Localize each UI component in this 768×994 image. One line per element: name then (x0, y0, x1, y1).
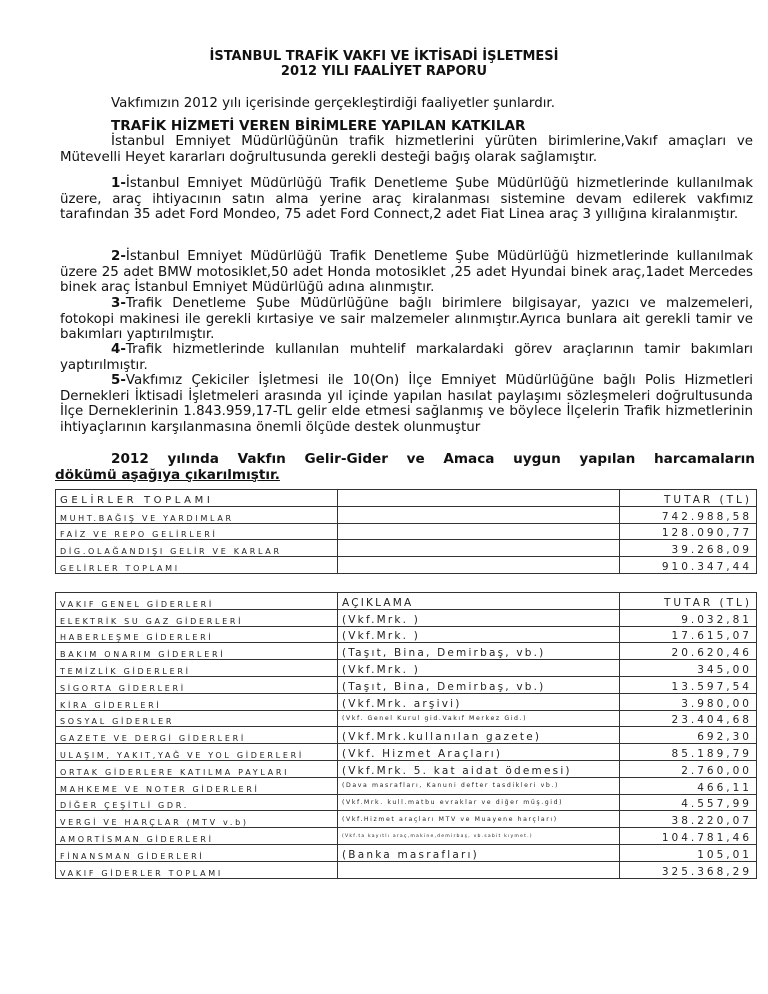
row-label: GELİRLER TOPLAMI (56, 490, 338, 507)
report-subtitle: 2012 YILI FAALİYET RAPORU (0, 64, 768, 79)
table-header-row: GELİRLER TOPLAMITUTAR (TL) (56, 490, 757, 507)
row-amount: 325.368,29 (620, 861, 757, 878)
row-amount: 105,01 (620, 844, 757, 861)
item-text: İstanbul Emniyet Müdürlüğü Trafik Denetl… (60, 176, 753, 222)
row-description (338, 540, 620, 557)
row-label: DİG.OLAĞANDIŞI GELİR VE KARLAR (56, 540, 338, 557)
row-amount: 39.268,09 (620, 540, 757, 557)
expense-table: VAKIF GENEL GİDERLERİAÇIKLAMATUTAR (TL)E… (55, 592, 757, 879)
row-amount: 23.404,68 (620, 710, 757, 727)
row-description: (Vkf.ta kayıtlı araç,makine,demirbaş, vb… (338, 828, 620, 845)
row-amount: 2.760,00 (620, 760, 757, 777)
row-label: ORTAK GİDERLERE KATILMA PAYLARI (56, 760, 338, 777)
table-row: FİNANSMAN GİDERLERİ(Banka masrafları)105… (56, 844, 757, 861)
row-amount: 692,30 (620, 727, 757, 744)
report-page: İSTANBUL TRAFİK VAKFI VE İKTİSADİ İŞLETM… (0, 0, 768, 994)
row-description (338, 490, 620, 507)
row-label: ULAŞIM, YAKIT,YAĞ VE YOL GİDERLERİ (56, 744, 338, 761)
table-row: SOSYAL GİDERLER(Vkf. Genel Kurul gid.Vak… (56, 710, 757, 727)
table-row: ORTAK GİDERLERE KATILMA PAYLARI(Vkf.Mrk.… (56, 760, 757, 777)
item-1: 1-İstanbul Emniyet Müdürlüğü Trafik Dene… (60, 176, 753, 223)
item-number: 3- (111, 296, 126, 311)
table-row: MAHKEME VE NOTER GİDERLERİ(Dava masrafla… (56, 777, 757, 794)
row-description: (Vkf.Mrk. arşivi) (338, 693, 620, 710)
row-label: SİGORTA GİDERLERİ (56, 676, 338, 693)
row-description (338, 557, 620, 574)
item-number: 2- (111, 249, 126, 264)
item-5: 5-Vakfımız Çekiciler İşletmesi ile 10(On… (60, 373, 753, 435)
row-label: KİRA GİDERLERİ (56, 693, 338, 710)
table-row: KİRA GİDERLERİ(Vkf.Mrk. arşivi)3.980,00 (56, 693, 757, 710)
row-amount: 20.620,46 (620, 643, 757, 660)
table-row: MUHT.BAĞIŞ VE YARDIMLAR742.988,58 (56, 506, 757, 523)
table-row: GAZETE VE DERGİ GİDERLERİ(Vkf.Mrk.kullan… (56, 727, 757, 744)
summary-line-1: 2012 yılında Vakfın Gelir-Gider ve Amaca… (55, 452, 755, 468)
row-description (338, 861, 620, 878)
row-description (338, 506, 620, 523)
item-text: İstanbul Emniyet Müdürlüğü Trafik Denetl… (60, 249, 753, 295)
item-3: 3-Trafik Denetleme Şube Müdürlüğüne bağl… (60, 296, 753, 343)
item-number: 5- (111, 373, 126, 388)
table-row: FAİZ VE REPO GELİRLERİ128.090,77 (56, 523, 757, 540)
row-description: (Vkf.Mrk.kullanılan gazete) (338, 727, 620, 744)
section-intro: İstanbul Emniyet Müdürlüğünün trafik hiz… (60, 134, 753, 165)
row-description: (Vkf.Mrk. ) (338, 660, 620, 677)
row-amount: 4.557,99 (620, 794, 757, 811)
row-label: VAKIF GENEL GİDERLERİ (56, 593, 338, 610)
row-label: VAKIF GİDERLER TOPLAMI (56, 861, 338, 878)
row-label: BAKIM ONARIM GİDERLERİ (56, 643, 338, 660)
table-row: TEMİZLİK GİDERLERİ(Vkf.Mrk. )345,00 (56, 660, 757, 677)
row-amount: TUTAR (TL) (620, 593, 757, 610)
row-description (338, 523, 620, 540)
income-table: GELİRLER TOPLAMITUTAR (TL)MUHT.BAĞIŞ VE … (55, 489, 757, 574)
row-description: (Taşıt, Bina, Demirbaş, vb.) (338, 643, 620, 660)
row-amount: 9.032,81 (620, 609, 757, 626)
row-amount: 466,11 (620, 777, 757, 794)
row-amount: 345,00 (620, 660, 757, 677)
row-label: MUHT.BAĞIŞ VE YARDIMLAR (56, 506, 338, 523)
row-label: SOSYAL GİDERLER (56, 710, 338, 727)
item-text: Vakfımız Çekiciler İşletmesi ile 10(On) … (60, 373, 753, 435)
table-row: DİĞER ÇEŞİTLİ GDR.(Vkf.Mrk. kull.matbu e… (56, 794, 757, 811)
table-row: ULAŞIM, YAKIT,YAĞ VE YOL GİDERLERİ(Vkf. … (56, 744, 757, 761)
row-label: GAZETE VE DERGİ GİDERLERİ (56, 727, 338, 744)
row-description: (Vkf.Hizmet araçları MTV ve Muayene harç… (338, 811, 620, 828)
section-heading: TRAFİK HİZMETİ VEREN BİRİMLERE YAPILAN K… (111, 118, 526, 134)
row-amount: 85.189,79 (620, 744, 757, 761)
item-4: 4-Trafik hizmetlerinde kullanılan muhtel… (60, 342, 753, 373)
row-amount: 742.988,58 (620, 506, 757, 523)
row-label: TEMİZLİK GİDERLERİ (56, 660, 338, 677)
row-description: (Taşıt, Bina, Demirbaş, vb.) (338, 676, 620, 693)
row-description: (Vkf.Mrk. 5. kat aidat ödemesi) (338, 760, 620, 777)
item-number: 4- (111, 342, 126, 357)
item-text: Trafik hizmetlerinde kullanılan muhtelif… (60, 342, 753, 373)
row-amount: 17.615,07 (620, 626, 757, 643)
row-amount: TUTAR (TL) (620, 490, 757, 507)
table-row: SİGORTA GİDERLERİ(Taşıt, Bina, Demirbaş,… (56, 676, 757, 693)
row-amount: 3.980,00 (620, 693, 757, 710)
summary-line-2: dökümü aşağıya çıkarılmıştır. (55, 468, 755, 484)
row-label: FİNANSMAN GİDERLERİ (56, 844, 338, 861)
row-label: GELİRLER TOPLAMI (56, 557, 338, 574)
table-header-row: VAKIF GENEL GİDERLERİAÇIKLAMATUTAR (TL) (56, 593, 757, 610)
summary-heading: 2012 yılında Vakfın Gelir-Gider ve Amaca… (55, 452, 755, 483)
table-row: VERGİ VE HARÇLAR (MTV v.b)(Vkf.Hizmet ar… (56, 811, 757, 828)
report-title: İSTANBUL TRAFİK VAKFI VE İKTİSADİ İŞLETM… (0, 49, 768, 64)
section-intro-text: İstanbul Emniyet Müdürlüğünün trafik hiz… (60, 134, 753, 165)
row-label: HABERLEŞME GİDERLERİ (56, 626, 338, 643)
table-row: DİG.OLAĞANDIŞI GELİR VE KARLAR39.268,09 (56, 540, 757, 557)
table-row: AMORTİSMAN GİDERLERİ(Vkf.ta kayıtlı araç… (56, 828, 757, 845)
row-description: AÇIKLAMA (338, 593, 620, 610)
table-row: VAKIF GİDERLER TOPLAMI325.368,29 (56, 861, 757, 878)
row-amount: 104.781,46 (620, 828, 757, 845)
item-text: Trafik Denetleme Şube Müdürlüğüne bağlı … (60, 296, 753, 342)
row-description: (Banka masrafları) (338, 844, 620, 861)
row-amount: 13.597,54 (620, 676, 757, 693)
row-label: FAİZ VE REPO GELİRLERİ (56, 523, 338, 540)
row-description: (Vkf.Mrk. ) (338, 626, 620, 643)
item-2: 2-İstanbul Emniyet Müdürlüğü Trafik Dene… (60, 249, 753, 296)
table-row: BAKIM ONARIM GİDERLERİ(Taşıt, Bina, Demi… (56, 643, 757, 660)
table-row: GELİRLER TOPLAMI910.347,44 (56, 557, 757, 574)
row-description: (Vkf. Genel Kurul gid.Vakıf Merkez Gid.) (338, 710, 620, 727)
table-row: HABERLEŞME GİDERLERİ(Vkf.Mrk. )17.615,07 (56, 626, 757, 643)
item-number: 1- (111, 176, 126, 191)
row-label: ELEKTRİK SU GAZ GİDERLERİ (56, 609, 338, 626)
row-amount: 910.347,44 (620, 557, 757, 574)
row-description: (Vkf.Mrk. kull.matbu evraklar ve diğer m… (338, 794, 620, 811)
row-label: AMORTİSMAN GİDERLERİ (56, 828, 338, 845)
row-amount: 128.090,77 (620, 523, 757, 540)
row-label: DİĞER ÇEŞİTLİ GDR. (56, 794, 338, 811)
row-label: VERGİ VE HARÇLAR (MTV v.b) (56, 811, 338, 828)
row-label: MAHKEME VE NOTER GİDERLERİ (56, 777, 338, 794)
row-description: (Dava masrafları, Kanuni defter tasdikle… (338, 777, 620, 794)
table-row: ELEKTRİK SU GAZ GİDERLERİ(Vkf.Mrk. )9.03… (56, 609, 757, 626)
intro-text: Vakfımızın 2012 yılı içerisinde gerçekle… (111, 96, 555, 112)
row-description: (Vkf. Hizmet Araçları) (338, 744, 620, 761)
row-amount: 38.220,07 (620, 811, 757, 828)
row-description: (Vkf.Mrk. ) (338, 609, 620, 626)
